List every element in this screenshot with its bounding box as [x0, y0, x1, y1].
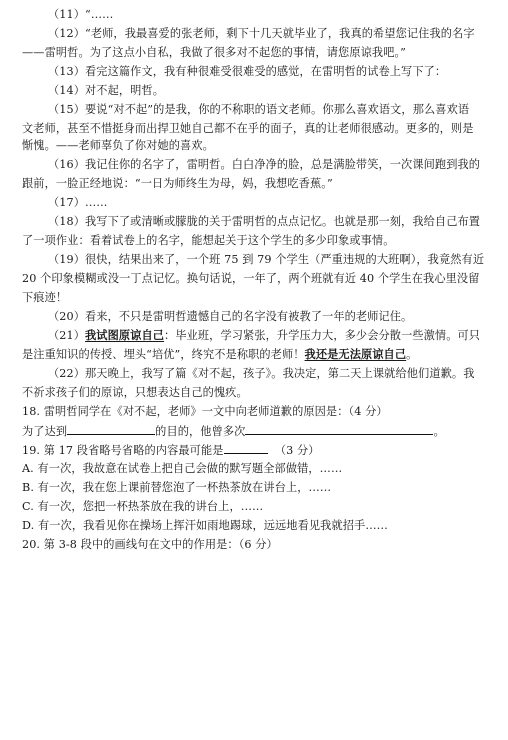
paragraph-16-line-2: 跟前，一脸正经地说：“一日为师终生为母，妈，我想吃香蕉。” [22, 176, 470, 191]
paragraph-19-line-1: （19）很快，结果出来了，一个班 75 到 79 个学生（严重违规的大班啊），我… [48, 252, 470, 267]
q18-fill-text-a: 为了达到 [22, 425, 67, 438]
paragraph-19-line-2: 20 个印象模糊或没一丁点记忆。换句话说，一年了，两个班就有近 40 个学生在我… [22, 271, 470, 286]
question-18-fill: 为了达到的目的，他曾多次。 [22, 423, 470, 439]
paragraph-15-line-2: 文老师，甚至不惜挺身而出捍卫她自己都不在乎的面子，真的让老师很感动。更多的，则是 [22, 121, 470, 136]
q19-option-c: C. 有一次，您把一杯热茶放在我的讲台上，…… [22, 499, 470, 514]
paragraph-18-line-1: （18）我写下了或清晰或朦胧的关于雷明哲的点点记忆。也就是那一刻，我给自己布置 [48, 214, 470, 229]
q18-answer-blank-1[interactable] [67, 423, 155, 435]
paragraph-21-text: ：毕业班，学习紧张，升学压力大，多少会分散一些激情。可只 [164, 329, 480, 342]
paragraph-21-line-1: （21）我试图原谅自己：毕业班，学习紧张，升学压力大，多少会分散一些激情。可只 [48, 328, 470, 343]
paragraph-16-line-1: （16）我记住你的名字了，雷明哲。白白净净的脸，总是满脸带笑，一次课间跑到我的 [48, 157, 470, 172]
paragraph-15-line-3: 惭愧。——老师辜负了你对她的喜欢。 [22, 138, 470, 153]
paragraph-18-line-2: 了一项作业：看着试卷上的名字，能想起关于这个学生的多少印象或事情。 [22, 233, 470, 248]
exam-page: （11）“…… （12）“老师，我最喜爱的张老师，剩下十几天就毕业了，我真的希望… [0, 0, 508, 740]
q19-option-b: B. 有一次，我在您上课前替您泡了一杯热茶放在讲台上，…… [22, 480, 470, 495]
question-20-stem: 20. 第 3-8 段中的画线句在文中的作用是：（6 分） [22, 537, 470, 552]
paragraph-21-end: 。 [406, 348, 417, 361]
underlined-sentence-2: 我还是无法原谅自己 [305, 347, 407, 361]
q19-option-a: A. 有一次，我故意在试卷上把自己会做的默写题全部做错，…… [22, 461, 470, 476]
paragraph-22-line-1: （22）那天晚上，我写了篇《对不起，孩子》。我决定，第二天上课就给他们道歉。我 [48, 366, 470, 381]
question-19-stem: 19. 第 17 段省略号省略的内容最可能是 （3 分） [22, 442, 470, 458]
q19-answer-blank[interactable] [224, 442, 268, 454]
paragraph-15-line-1: （15）要说“对不起”的是我，你的不称职的语文老师。你那么喜欢语文，那么喜欢语 [48, 102, 470, 117]
paragraph-13: （13）看完这篇作文，我有种很难受很难受的感觉，在雷明哲的试卷上写下了： [48, 64, 470, 79]
paragraph-21-text-2: 是注重知识的传授、埋头“培优”，终究不是称职的老师！ [22, 348, 305, 361]
q19-stem-text: 19. 第 17 段省略号省略的内容最可能是 [22, 444, 224, 457]
paragraph-21-number: （21） [48, 329, 85, 342]
paragraph-22-line-2: 不祈求孩子们的原谅，只想表达自己的愧疚。 [22, 385, 470, 400]
underlined-sentence-1: 我试图原谅自己 [85, 328, 164, 342]
q18-fill-text-c: 。 [433, 425, 444, 438]
paragraph-14: （14）对不起，明哲。 [48, 83, 470, 98]
q18-fill-text-b: 的目的，他曾多次 [155, 425, 245, 438]
paragraph-19-line-3: 下痕迹！ [22, 290, 470, 305]
paragraph-20: （20）看来，不只是雷明哲遗憾自己的名字没有被教了一年的老师记住。 [48, 309, 470, 324]
paragraph-17: （17）…… [48, 195, 470, 210]
paragraph-12-line-2: ——雷明哲。为了这点小自私，我做了很多对不起您的事情，请您原谅我吧。” [22, 45, 470, 60]
question-18-stem: 18. 雷明哲同学在《对不起，老师》一文中向老师道歉的原因是：（4 分） [22, 404, 470, 419]
paragraph-12-line-1: （12）“老师，我最喜爱的张老师，剩下十几天就毕业了，我真的希望您记住我的名字 [48, 26, 470, 41]
q19-option-d: D. 有一次，我看见你在操场上挥汗如雨地踢球，远远地看见我就招手…… [22, 518, 470, 533]
q19-points: （3 分） [275, 444, 320, 457]
paragraph-11: （11）“…… [48, 7, 470, 22]
q18-answer-blank-2[interactable] [245, 423, 433, 435]
paragraph-21-line-2: 是注重知识的传授、埋头“培优”，终究不是称职的老师！我还是无法原谅自己。 [22, 347, 470, 362]
